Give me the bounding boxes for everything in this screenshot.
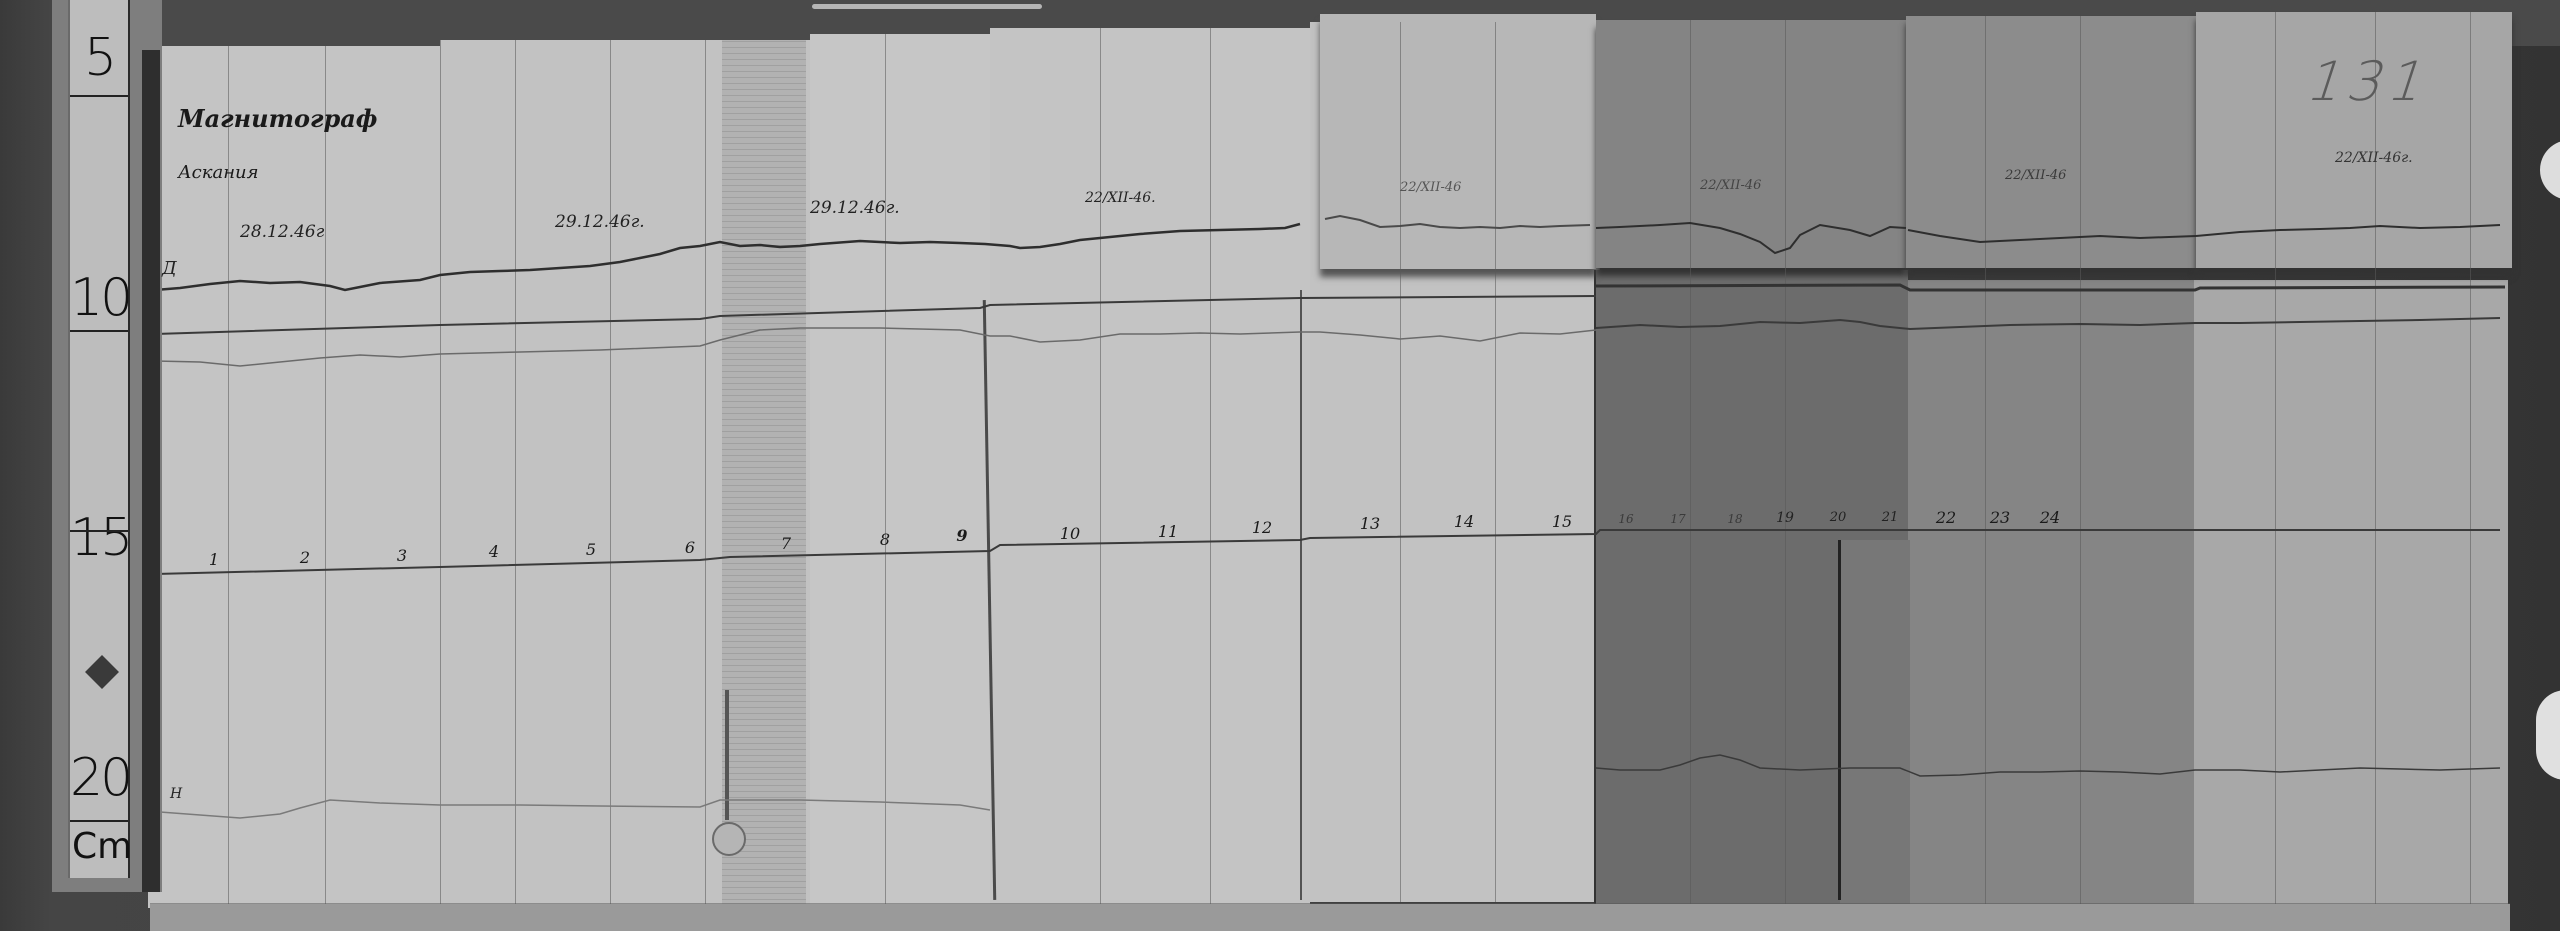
horizontal-label: Н (170, 786, 182, 802)
hour-mark: 21 (1882, 510, 1899, 525)
hour-mark: 16 (1618, 512, 1633, 526)
hour-mark: 7 (781, 534, 791, 553)
z-trace-right (1596, 318, 2500, 329)
ruler-tick (70, 820, 128, 822)
hour-mark: 12 (1252, 518, 1272, 537)
date-label-5: 22/XII-46 (1400, 180, 1461, 195)
horizontal-trace-dark (1596, 755, 2500, 776)
date-label-2: 29.12.46г. (555, 212, 645, 232)
ruler-label-15: 15 (70, 508, 128, 568)
ruler-shadow-edge (142, 50, 160, 892)
date-label-1: 28.12.46г (240, 222, 324, 242)
hour-mark: 13 (1360, 514, 1380, 533)
hour-mark: 19 (1776, 510, 1794, 526)
declination-trace-overlay-1 (1325, 216, 1590, 228)
hour-mark: 22 (1936, 508, 1956, 527)
document-title: Магнитограф (178, 104, 377, 133)
hour-mark: 5 (586, 540, 596, 559)
declination-trace-overlay-3 (1908, 230, 2196, 242)
hour-mark: 9 (956, 526, 967, 545)
hour-mark: 11 (1158, 522, 1178, 541)
time-baseline (155, 530, 2500, 574)
declination-trace (155, 224, 1300, 290)
magnetogram-traces (0, 0, 2560, 931)
instrument-name: Аскания (178, 162, 259, 183)
declination-label: Д (162, 258, 177, 279)
ruler-label-5: 5 (70, 28, 128, 88)
declination-trace-overlay-2 (1596, 223, 1906, 253)
ruler-tick (70, 530, 128, 532)
hour-mark: 6 (685, 538, 695, 557)
ruler-tick (70, 330, 128, 332)
date-label-4: 22/XII-46. (1085, 190, 1156, 206)
hour-mark: 1 (209, 550, 219, 569)
hour-mark: 24 (2040, 508, 2060, 527)
hour-mark: 14 (1454, 512, 1474, 531)
hour-mark: 10 (1060, 524, 1080, 543)
date-label-7: 22/XII-46 (2005, 168, 2066, 183)
scale-ruler: 5 10 15 20 Cm (68, 0, 130, 878)
declination-trace-overlay-4 (2196, 225, 2500, 236)
hour-mark: 8 (880, 530, 890, 549)
archive-number: 131 (2300, 50, 2442, 113)
hour-mark: 3 (397, 546, 407, 565)
date-label-3: 29.12.46г. (810, 198, 900, 218)
hour-mark: 23 (1990, 508, 2010, 527)
vertical-component-trace (155, 328, 1596, 366)
ruler-label-20: 20 (70, 748, 128, 808)
date-label-6: 22/XII-46 (1700, 178, 1761, 193)
hour-mark: 18 (1727, 512, 1742, 526)
hour-mark: 2 (300, 548, 310, 567)
baseline-right-1 (1596, 285, 2505, 290)
date-label-8: 22/XII-46г. (2335, 150, 2413, 166)
ruler-tick (70, 95, 128, 97)
hour-mark: 20 (1830, 510, 1847, 525)
hour-mark: 4 (489, 542, 499, 561)
diamond-marker-icon (85, 655, 119, 689)
hour-mark: 17 (1670, 512, 1685, 526)
hour-mark: 15 (1552, 512, 1572, 531)
bottom-mount-band (150, 904, 2510, 931)
horizontal-trace (160, 800, 990, 818)
ruler-label-10: 10 (70, 268, 128, 328)
ruler-unit-label: Cm (72, 826, 128, 867)
